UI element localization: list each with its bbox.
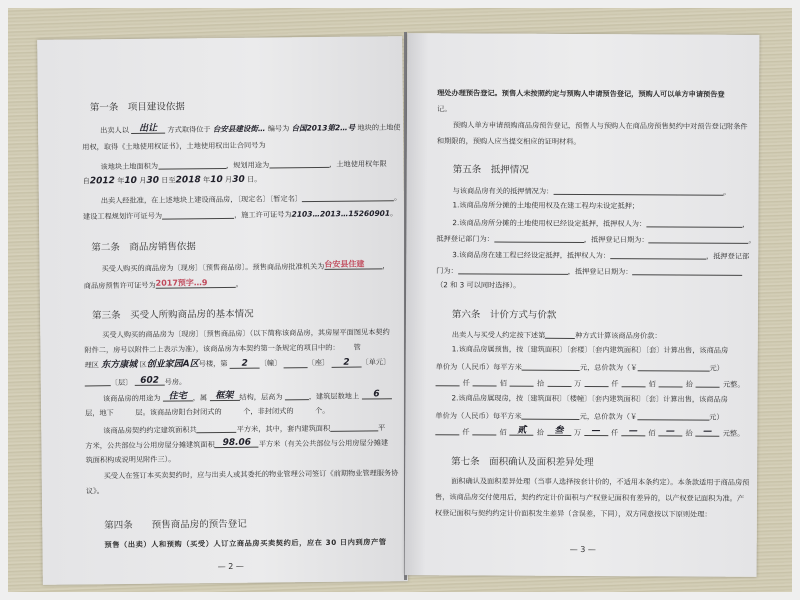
project-name-field[interactable]: [302, 192, 394, 202]
amount-words-line-1: 仟佰拾万仟佰拾元整。: [436, 377, 748, 388]
amount-digit-field[interactable]: —: [696, 428, 720, 437]
section-7-para-1: 面积确认及面积差异处理（当事人选择按套计价的，不适用本条约定）。本条款适用于商品…: [451, 477, 749, 486]
mortgage-dept-field-1[interactable]: [494, 234, 584, 243]
amount-unit-label: 佰: [500, 427, 507, 436]
intro-para-2: 记。: [437, 105, 451, 112]
section-4-heading: 第四条 预售商品房的预告登记: [104, 520, 247, 531]
amount-unit-label: 佰: [500, 378, 507, 387]
section-3-para-7: 该商品房契约约定建筑面积共平方米，其中，套内建筑面积平: [103, 422, 385, 434]
mortgage-date-field-1[interactable]: [649, 234, 749, 244]
section-1-para-3: 该地块土地面积为，规划用途为，土地使用权年限: [100, 158, 386, 170]
room-line: 〔层〕 602号房。: [85, 376, 187, 386]
intro-para-1: 理处办理预告登记。预售人未按照约定与预购人申请预告登记，预购人可以单方申请预告登: [437, 89, 725, 98]
amount-digit-field[interactable]: [435, 426, 459, 435]
mortgage-date-field-2[interactable]: [632, 266, 742, 276]
block-field[interactable]: [284, 359, 308, 368]
plot-number-field[interactable]: 台国2013第2…号: [292, 123, 356, 133]
unit-price-field-1[interactable]: [522, 362, 580, 371]
section-6-heading: 第六条 计价方式与价款: [452, 310, 557, 320]
floors-above-field[interactable]: 6: [361, 390, 391, 399]
section-5-option-2: 2.该商品房所分摊的土地使用权已经设定抵押，抵押权人为：，: [452, 217, 749, 228]
section-2-heading: 第二条 商品房销售依据: [91, 242, 196, 253]
amount-digit-field[interactable]: [510, 378, 534, 387]
section-3-heading: 第三条 买受人所购商品房的基本情况: [92, 310, 254, 321]
amount-unit-label: 仟: [462, 427, 469, 436]
amount-unit-label: 仟: [611, 379, 618, 388]
section-3-para-1: 买受人购买的商品房为〔现房〕〔预售商品房〕（以下简称该商品房，其房屋平面图见本契…: [102, 328, 390, 338]
section-5-heading: 第五条 抵押情况: [453, 165, 529, 175]
contract-page-3: 理处办理预告登记。预售人未按照约定与预购人申请预告登记，预购人可以单方申请预告登…: [405, 33, 760, 577]
section-3-para-8: 方米，公共部位与公用房屋分摊建筑面积98.06平方米（有关公共部位与公用房屋分摊…: [85, 437, 388, 449]
total-price-field-1[interactable]: [637, 362, 709, 371]
shared-area-field[interactable]: 98.06: [215, 439, 259, 448]
amount-digit-field[interactable]: [547, 378, 571, 387]
planning-permit-field[interactable]: [162, 210, 234, 220]
unit-field[interactable]: 2: [331, 359, 361, 368]
amount-words-line-2: 仟佰贰拾叁万—仟—佰—拾—元整。: [435, 426, 747, 437]
mortgage-status-field[interactable]: [553, 186, 723, 196]
section-3-para-10: 买受人在签订本买卖契约时，应与出卖人或其委托的物业管理公司签订《前期物业管理服务…: [104, 469, 399, 479]
section-7-para-2: 售，该商品房交付使用后，契约约定计价面积与产权登记面积有差异的，以产权登记面积为…: [435, 493, 744, 502]
term-end-day[interactable]: 30: [232, 175, 245, 185]
amount-digit-field[interactable]: 叁: [547, 427, 571, 436]
acquire-method-field[interactable]: 出让: [131, 125, 165, 134]
section-1-para-1: 出卖人以 出让 方式取得位于 台安县建设街… 编号为 台国2013第2…号 地块…: [100, 122, 401, 134]
room-number-field[interactable]: 602: [135, 377, 165, 386]
land-area-field[interactable]: [158, 160, 226, 170]
amount-unit-label: 元整。: [723, 429, 745, 438]
floor-height-field[interactable]: [285, 391, 309, 400]
section-5-option-3: 3.该商品房在建工程已经设定抵押，抵押权人为：，抵押登记部: [452, 249, 749, 260]
section-1-para-5: 出卖人经批准，在上述地块上建设商品房，〔现定名〕〔暂定名〕。: [101, 192, 402, 204]
section-6-para-1: 出卖人与买受人约定按下述第种方式计算该商品房价款：: [452, 329, 662, 339]
term-end-year[interactable]: 2018: [176, 175, 201, 185]
construction-permit-field[interactable]: 2103…2013…15260901: [292, 209, 391, 219]
amount-unit-label: 拾: [537, 428, 544, 437]
section-7-para-3: 权登记面积与契约约定计价面积发生差异（含误差，下同），双方同意按以下原则处理：: [435, 509, 712, 518]
floor-field[interactable]: [85, 377, 111, 386]
section-7-heading: 第七条 面积确认及面积差异处理: [451, 457, 594, 467]
total-price-field-2[interactable]: [637, 411, 709, 420]
section-6-price-line-2: 单价为（人民币）每平方米元，总价款为（￥元）: [435, 410, 723, 421]
section-2-para-2: 商品房预售许可证号为2017预字…9。: [84, 279, 243, 290]
section-6-price-line-1: 单价为（人民币）每平方米元，总价款为（￥元）: [436, 361, 724, 372]
page-number: — 3 —: [570, 546, 596, 554]
section-3-para-2: 附件二，房号以附件二上表示为准），该商品房为本契约第一条规定的项目中的：管: [84, 344, 360, 354]
district-field[interactable]: 东方康城: [101, 360, 137, 370]
amount-unit-label: 佰: [649, 379, 656, 388]
section-5-para-1: 与该商品房有关的抵押情况为：。: [453, 185, 731, 195]
amount-unit-label: 拾: [686, 428, 693, 437]
page-number: — 2 —: [218, 563, 244, 571]
amount-digit-field[interactable]: [659, 378, 683, 387]
unit-price-field-2[interactable]: [522, 411, 580, 420]
intro-para-3: 预购人单方申请预购商品房预告登记，预售人与预购人在商品房预售契约中对预告登记附条…: [453, 121, 748, 130]
amount-unit-label: 万: [574, 379, 581, 388]
planned-use-field[interactable]: [269, 159, 329, 169]
land-term-line: 自2012 年10 月30 日至2018 年10 月30 日。: [83, 176, 262, 187]
section-5-option-1: 1.该商品房所分摊的土地使用权及在建工程均未设定抵押；: [453, 201, 640, 209]
section-6-option-2: 2.该商品房属现房，按〔建筑面积〕〔楼幢〕〔套内建筑面积〕〔套〕计算出售，该商品…: [451, 394, 727, 403]
amount-digit-field[interactable]: —: [621, 427, 645, 436]
term-start-year[interactable]: 2012: [90, 176, 115, 186]
section-3-para-11: 议》。: [86, 487, 104, 494]
section-1-heading: 第一条 项目建设依据: [90, 102, 185, 112]
mortgagee-field-2[interactable]: [610, 250, 706, 260]
section-5-note: （2 和 3 可以同时选择）。: [436, 281, 520, 289]
amount-unit-label: 拾: [537, 379, 544, 388]
amount-digit-field[interactable]: 贰: [510, 427, 534, 436]
amount-digit-field[interactable]: [584, 378, 608, 387]
inner-area-field[interactable]: [330, 422, 378, 432]
section-5-para-6: 门为：，抵押登记日期为：: [436, 265, 742, 276]
section-2-para-1: 买受人购买的商品房为〔现房〕〔预售商品房〕。预售商品房批准机关为台安县住建，: [101, 260, 389, 272]
amount-digit-field[interactable]: [473, 426, 497, 435]
amount-unit-label: 佰: [648, 428, 655, 437]
section-3-para-6: 层，地下 层。该商品房阳台封闭式的 个，非封闭式的 个。: [85, 407, 329, 417]
section-6-option-1: 1.该商品房属预售，按〔建筑面积〕〔套楼〕〔套内建筑面积〕〔套〕计算出售，该商品…: [452, 345, 728, 354]
building-field[interactable]: 2: [230, 360, 260, 369]
contract-page-2: 第一条 项目建设依据 出卖人以 出让 方式取得位于 台安县建设街… 编号为 台国…: [37, 36, 408, 585]
amount-unit-label: 万: [574, 428, 581, 437]
mortgagee-field-1[interactable]: [646, 218, 742, 228]
amount-digit-field[interactable]: [622, 378, 646, 387]
section-1-para-6: 建设工程规划许可证号为，施工许可证号为2103…2013…15260901。: [83, 208, 397, 220]
section-1-para-2: 用权，取得《土地使用权证书》，土地使用权出让合同号为: [82, 142, 265, 151]
unit-location-line: 理区 东方康城 区创业家园A区号楼，第 2〔幢〕 〔座〕 2〔单元〕: [85, 358, 391, 370]
zone-field[interactable]: 创业家园A区: [147, 359, 199, 370]
usage-field[interactable]: 住宅: [163, 392, 193, 401]
amount-unit-label: 元整。: [723, 380, 745, 389]
section-4-para-1: 预售（出卖）人和预购（买受）人订立商品房买卖契约后，应在 30 日内到房产管: [104, 538, 386, 548]
mortgage-dept-field-2[interactable]: [458, 265, 568, 275]
amount-digit-field[interactable]: [696, 379, 720, 388]
intro-para-4: 和期限的，预购人应当提交相应的证明材料。: [437, 137, 581, 145]
amount-digit-field[interactable]: [436, 377, 460, 386]
approval-authority-field[interactable]: 台安县住建: [324, 260, 382, 270]
amount-digit-field[interactable]: —: [659, 427, 683, 436]
term-start-month[interactable]: 10: [124, 176, 137, 186]
amount-digit-field[interactable]: [473, 377, 497, 386]
pricing-method-field[interactable]: [545, 330, 575, 339]
term-start-day[interactable]: 30: [146, 176, 159, 186]
amount-digit-field[interactable]: —: [584, 427, 608, 436]
amount-unit-label: 仟: [463, 378, 470, 387]
structure-field[interactable]: 框架: [209, 392, 239, 401]
section-3-para-9: 筑面积构成说明见附件三）。: [86, 456, 176, 464]
usage-line: 该商品房的用途为 住宅，属 框架结构，层高为 ，建筑层数地上 6: [103, 390, 392, 402]
section-5-para-4: 抵押登记部门为：，抵押登记日期为：。: [436, 233, 755, 244]
total-area-field[interactable]: [197, 424, 237, 433]
amount-unit-label: 拾: [686, 379, 693, 388]
presale-permit-field[interactable]: 2017预字…9: [156, 279, 236, 289]
land-location-field[interactable]: 台安县建设街…: [213, 124, 266, 134]
term-end-month[interactable]: 10: [210, 175, 223, 185]
amount-unit-label: 仟: [611, 428, 618, 437]
